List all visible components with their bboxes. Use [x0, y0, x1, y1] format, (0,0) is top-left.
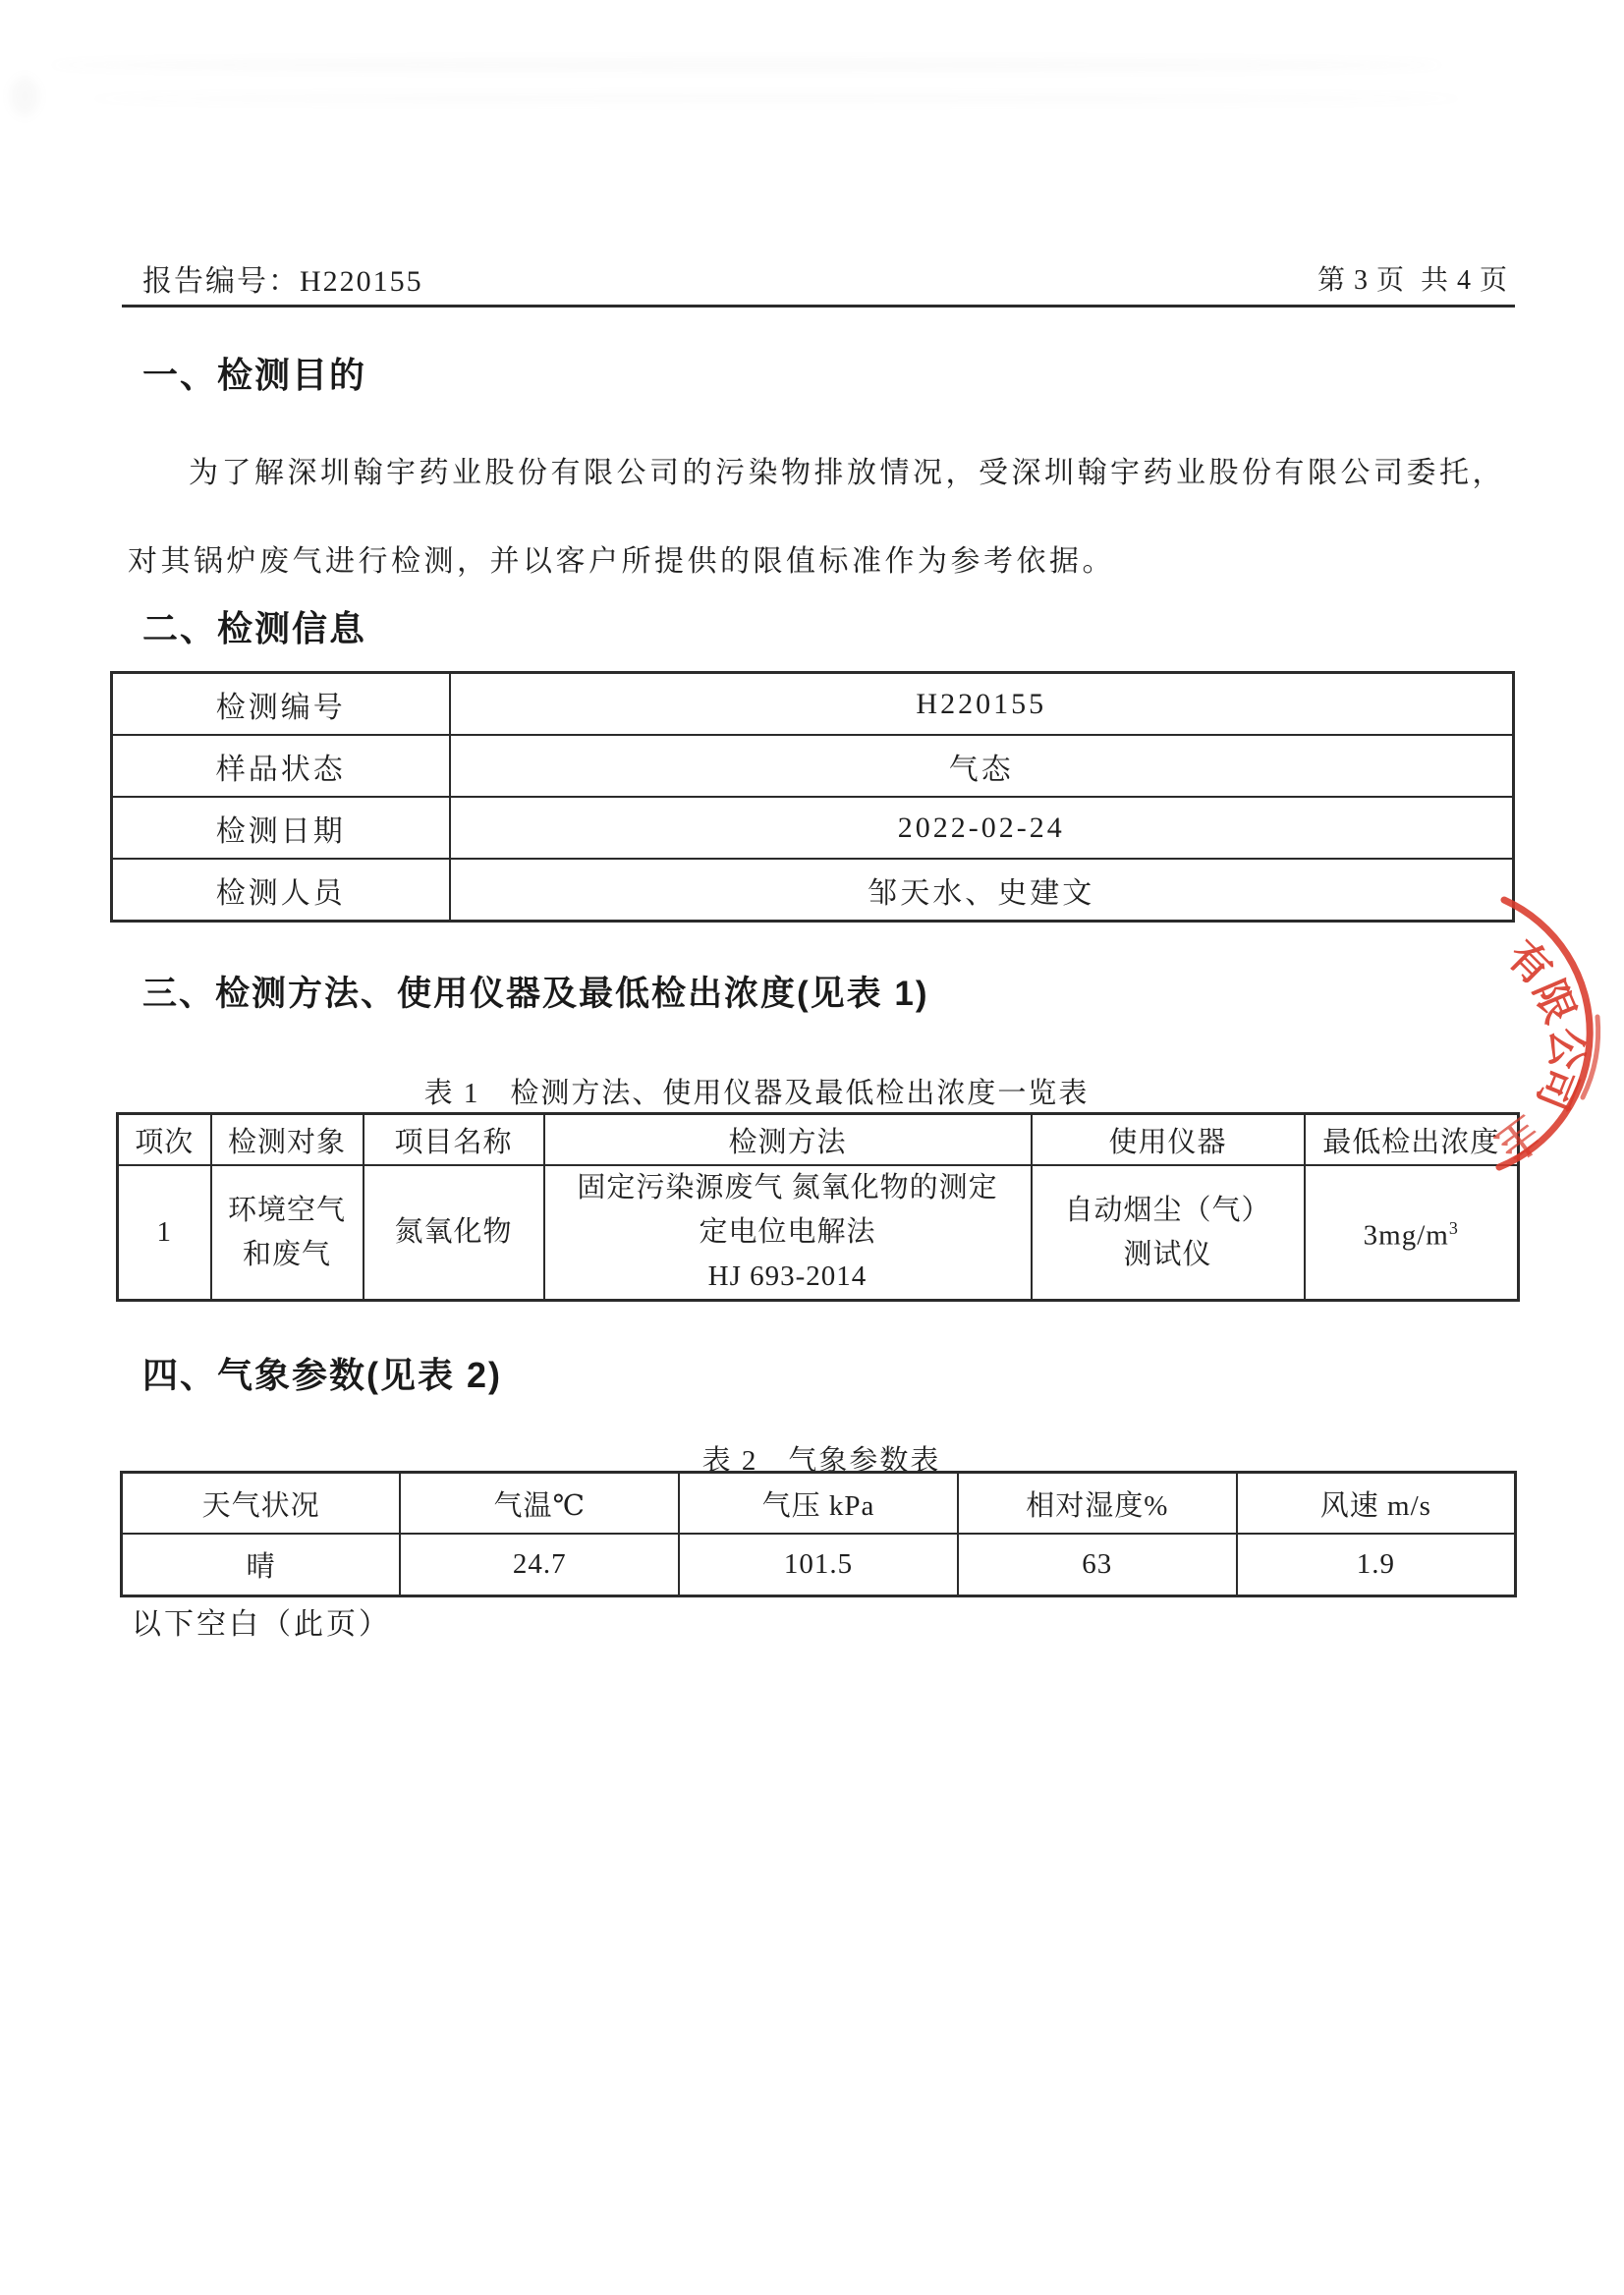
lod-base: 3mg/m	[1364, 1220, 1449, 1252]
cell-object-line1: 环境空气	[212, 1189, 363, 1233]
col-header: 天气状况	[122, 1473, 401, 1535]
scan-artifact	[88, 94, 1464, 103]
section-title-weather: 四、气象参数(见表 2)	[142, 1348, 502, 1398]
col-header: 气温℃	[400, 1473, 679, 1535]
info-value: 2022-02-24	[450, 797, 1514, 859]
purpose-paragraph-line2: 对其锅炉废气进行检测，并以客户所提供的限值标准作为参考依据。	[128, 536, 1115, 580]
weather-value: 24.7	[400, 1534, 679, 1596]
weather-value: 1.9	[1237, 1534, 1516, 1596]
cell-instrument-line1: 自动烟尘（气）	[1033, 1189, 1304, 1233]
page-number: 第 3 页 共 4 页	[1317, 258, 1508, 298]
info-label: 检测人员	[112, 859, 450, 922]
table-header-row: 项次 检测对象 项目名称 检测方法 使用仪器 最低检出浓度	[118, 1114, 1519, 1166]
col-header: 最低检出浓度	[1305, 1114, 1519, 1166]
info-value: 邹天水、史建文	[450, 859, 1514, 922]
scan-artifact	[10, 77, 39, 116]
cell-instrument: 自动烟尘（气） 测试仪	[1032, 1165, 1305, 1301]
purpose-paragraph-line1: 为了解深圳翰宇药业股份有限公司的污染物排放情况，受深圳翰宇药业股份有限公司委托，	[189, 448, 1505, 491]
info-value: H220155	[450, 673, 1514, 736]
seal-char: 有	[1498, 932, 1560, 994]
cell-index: 1	[118, 1165, 211, 1301]
cell-method-line1: 固定污染源废气 氮氧化物的测定	[545, 1166, 1031, 1210]
col-header: 气压 kPa	[679, 1473, 958, 1535]
col-header: 相对湿度%	[958, 1473, 1237, 1535]
col-header: 项次	[118, 1114, 211, 1166]
table-row: 检测日期 2022-02-24	[112, 797, 1514, 859]
header-rule	[122, 305, 1515, 308]
blank-below-note: 以下空白（此页）	[132, 1599, 391, 1643]
test-info-table: 检测编号 H220155 样品状态 气态 检测日期 2022-02-24 检测人…	[110, 671, 1515, 923]
cell-lod: 3mg/m3	[1305, 1165, 1519, 1301]
scanned-report-page: { "header": { "report_no": "报告编号：H220155…	[0, 0, 1624, 2295]
lod-superscript: 3	[1449, 1218, 1459, 1238]
cell-method: 固定污染源废气 氮氧化物的测定 定电位电解法 HJ 693-2014	[544, 1165, 1032, 1301]
section-title-info: 二、检测信息	[142, 601, 366, 651]
info-label: 检测日期	[112, 797, 450, 859]
cell-method-line3: HJ 693-2014	[545, 1255, 1031, 1299]
section-title-purpose: 一、检测目的	[142, 348, 366, 398]
table-row: 检测人员 邹天水、史建文	[112, 859, 1514, 922]
weather-table: 天气状况 气温℃ 气压 kPa 相对湿度% 风速 m/s 晴 24.7 101.…	[120, 1471, 1517, 1597]
info-label: 检测编号	[112, 673, 450, 736]
weather-value: 晴	[122, 1534, 401, 1596]
section-title-method: 三、检测方法、使用仪器及最低检出浓度(见表 1)	[142, 967, 929, 1016]
method-table: 项次 检测对象 项目名称 检测方法 使用仪器 最低检出浓度 1 环境空气 和废气…	[116, 1112, 1520, 1302]
col-header: 使用仪器	[1032, 1114, 1305, 1166]
weather-value: 101.5	[679, 1534, 958, 1596]
info-label: 样品状态	[112, 735, 450, 797]
col-header: 风速 m/s	[1237, 1473, 1516, 1535]
table-row: 检测编号 H220155	[112, 673, 1514, 736]
weather-value: 63	[958, 1534, 1237, 1596]
cell-object-line2: 和废气	[212, 1233, 363, 1277]
cell-item: 氮氧化物	[364, 1165, 544, 1301]
cell-instrument-line2: 测试仪	[1033, 1233, 1304, 1277]
info-value: 气态	[450, 735, 1514, 797]
report-number: 报告编号：H220155	[142, 256, 423, 300]
seal-char: 限	[1525, 975, 1583, 1031]
seal-inner-arc	[1583, 1017, 1598, 1097]
col-header: 检测方法	[544, 1114, 1032, 1166]
table-header-row: 天气状况 气温℃ 气压 kPa 相对湿度% 风速 m/s	[122, 1473, 1516, 1535]
col-header: 项目名称	[364, 1114, 544, 1166]
seal-char: 公	[1542, 1028, 1589, 1070]
table-row: 1 环境空气 和废气 氮氧化物 固定污染源废气 氮氧化物的测定 定电位电解法 H…	[118, 1165, 1519, 1301]
table-row: 样品状态 气态	[112, 735, 1514, 797]
scan-artifact	[49, 59, 1444, 71]
table-row: 晴 24.7 101.5 63 1.9	[122, 1534, 1516, 1596]
table1-caption: 表 1 检测方法、使用仪器及最低检出浓度一览表	[0, 1071, 1513, 1111]
cell-object: 环境空气 和废气	[211, 1165, 364, 1301]
seal-char: 司	[1528, 1061, 1585, 1116]
col-header: 检测对象	[211, 1114, 364, 1166]
cell-method-line2: 定电位电解法	[545, 1210, 1031, 1255]
